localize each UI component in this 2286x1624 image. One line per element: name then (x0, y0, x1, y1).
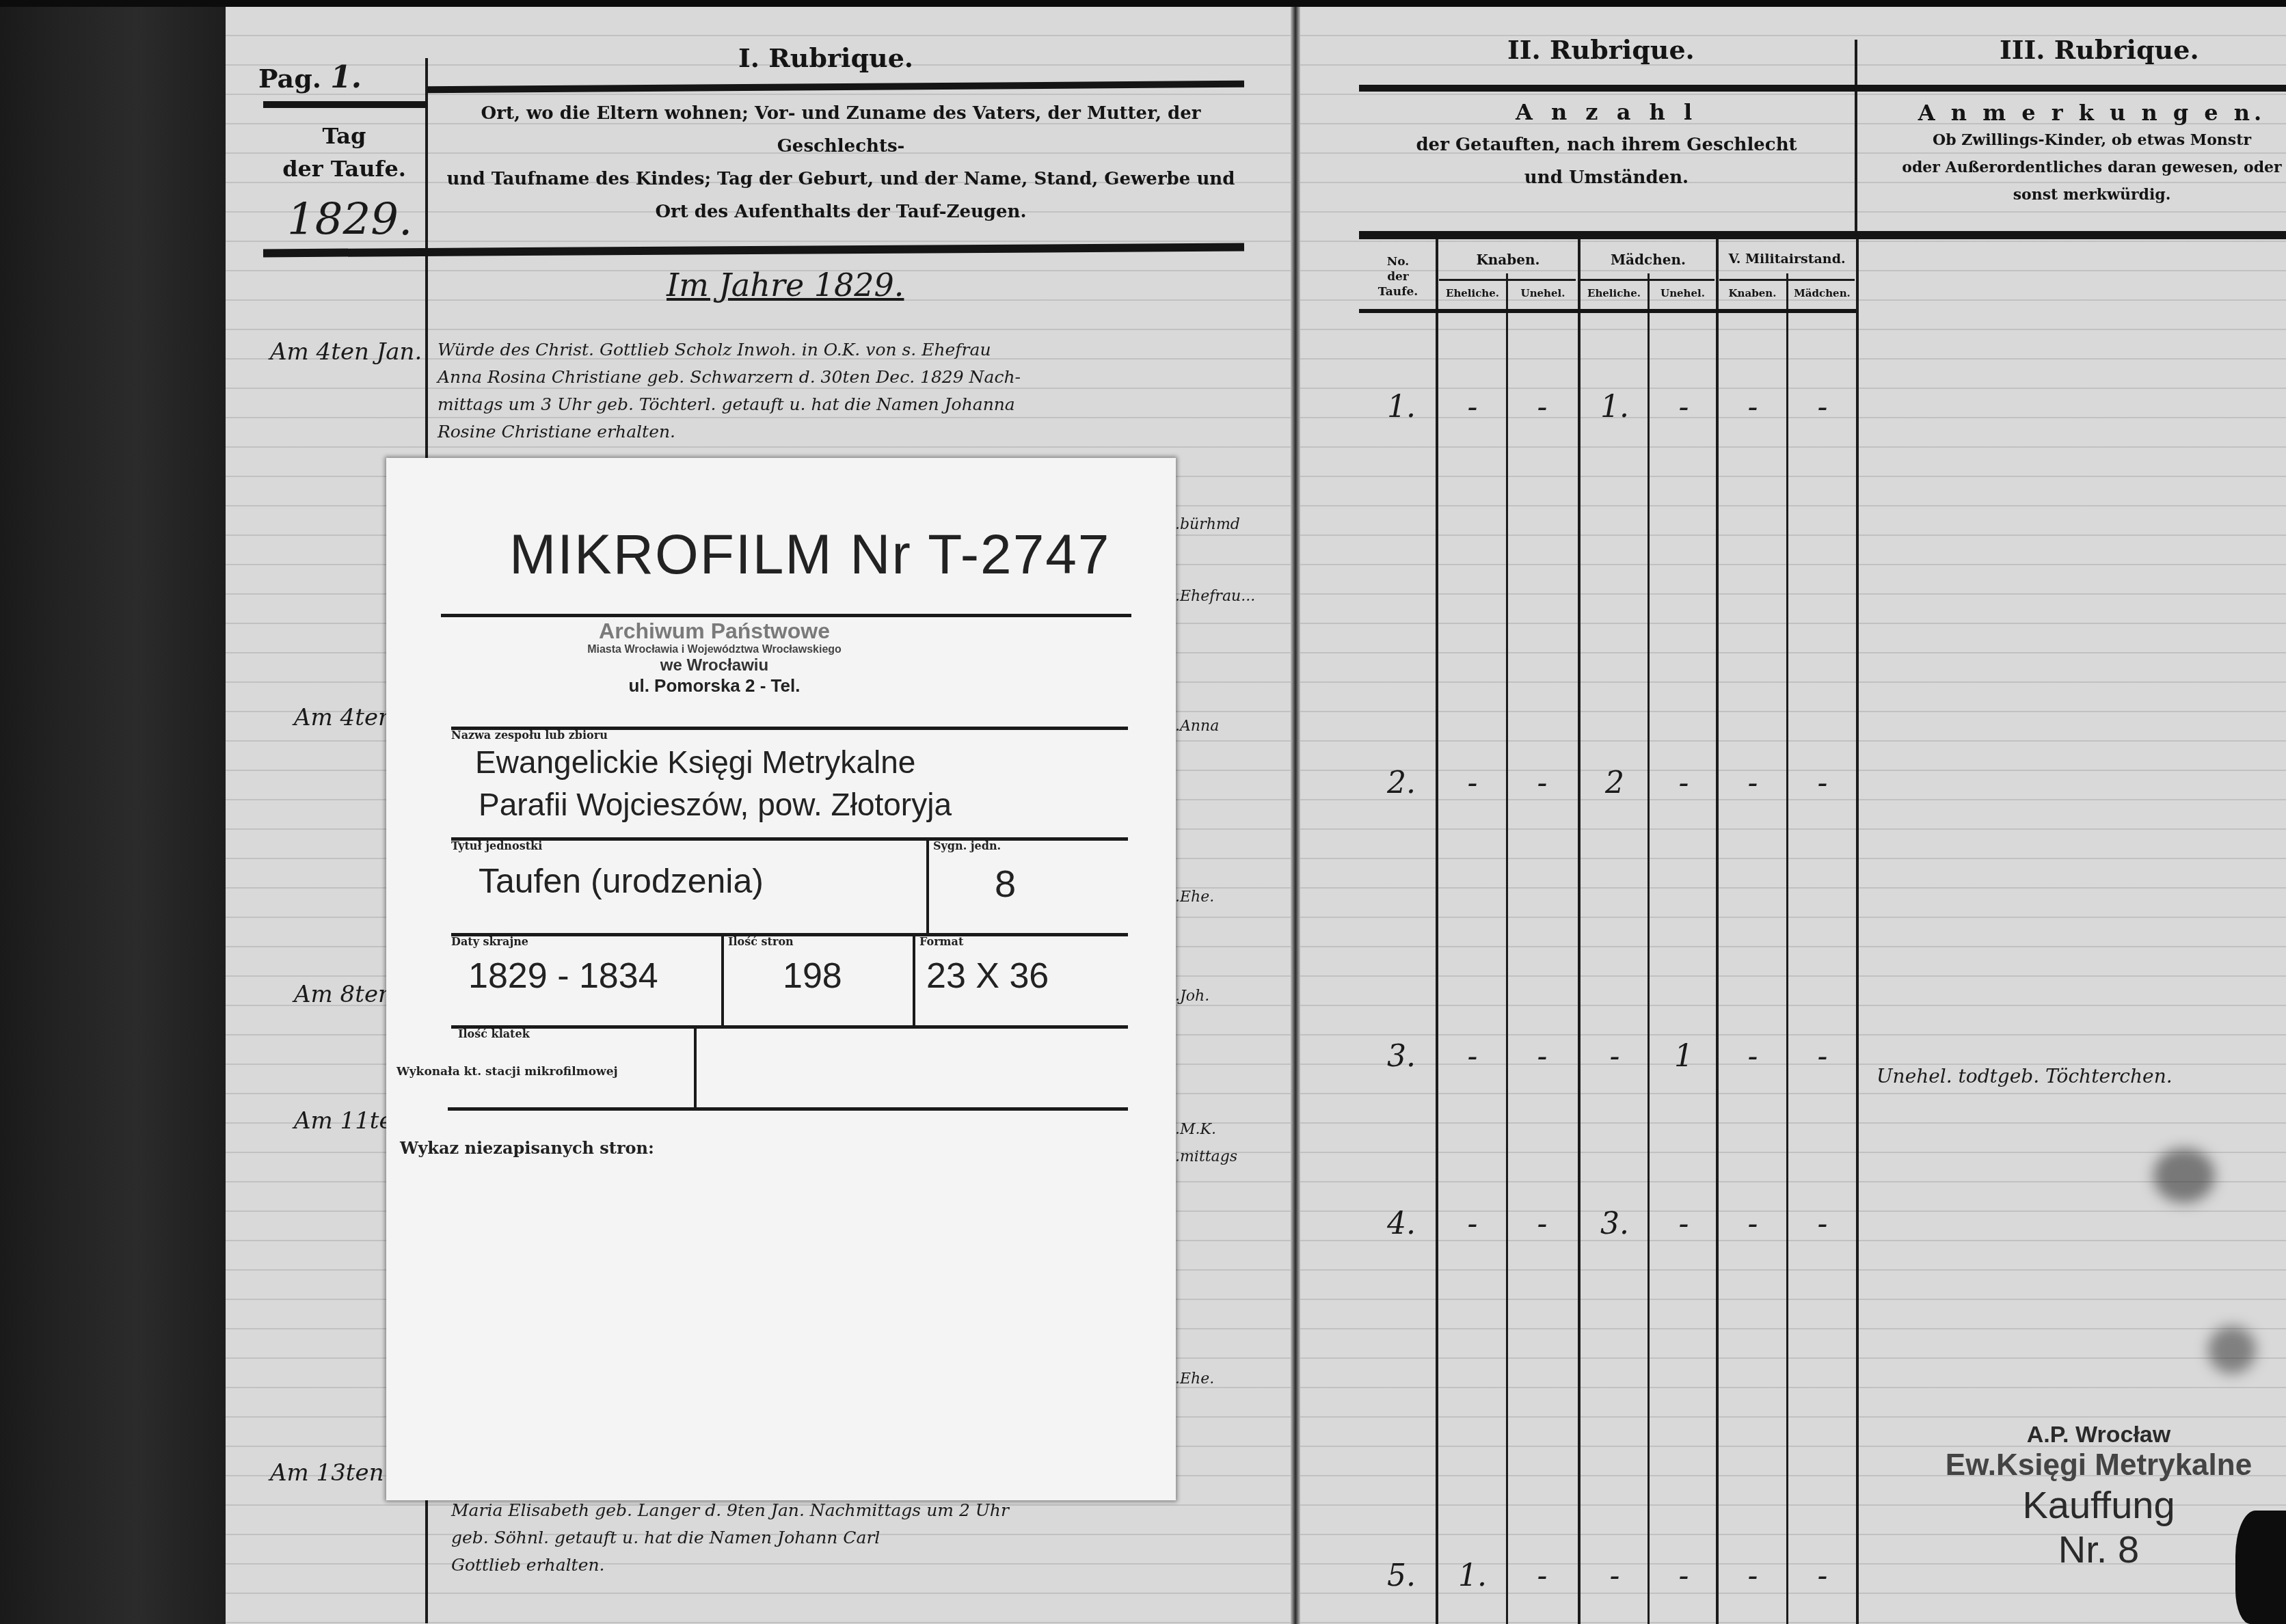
card-divider (913, 933, 915, 1025)
row-cell: - (1650, 1558, 1718, 1593)
ink-smudge (2208, 1326, 2256, 1374)
col-no-line: Taufe. (1360, 284, 1436, 299)
remark: Unehel. todtgeb. Töchterchen. (1877, 1065, 2173, 1087)
row-cell: - (1508, 1039, 1576, 1074)
rubrique-3-title: III. Rubrique. (2000, 34, 2199, 65)
stamp-line: Archiwum Państwowe (523, 619, 906, 644)
row-cell: - (1788, 1558, 1857, 1593)
col-header-no: No. der Taufe. (1360, 254, 1436, 299)
sub-header: Eheliche. (1581, 287, 1648, 299)
tag-der-taufe-header: Tag der Taufe. (263, 120, 425, 185)
anzahl-title: A n z a h l (1360, 96, 1853, 128)
stamp-handwritten: Nr. 8 (1907, 1527, 2286, 1571)
sub-header: Eheliche. (1438, 287, 1507, 299)
anmerkungen-title: A n m e r k u n g e n. (1859, 99, 2286, 126)
row-no: 4. (1367, 1206, 1436, 1241)
header-rule (263, 101, 427, 108)
row-cell: - (1581, 1558, 1649, 1593)
entry-line: geb. Söhnl. getauft u. hat die Namen Joh… (451, 1524, 1258, 1552)
anzahl-header: A n z a h l der Getauften, nach ihrem Ge… (1360, 96, 1853, 194)
row-cell: - (1788, 766, 1857, 800)
row-cell: - (1719, 766, 1787, 800)
entry-fragment: ...mittags (1166, 1148, 1237, 1165)
row-cell: - (1508, 766, 1576, 800)
entry-line: Würde des Christ. Gottlieb Scholz Inwoh.… (438, 336, 1244, 364)
row-cell: - (1581, 1039, 1649, 1074)
row-cell: - (1438, 766, 1507, 800)
row-cell: - (1650, 1206, 1718, 1241)
pages-value: 198 (783, 956, 842, 997)
row-cell: - (1788, 390, 1857, 424)
table-col-line (1856, 239, 1859, 1624)
card-rule (448, 1107, 1128, 1111)
row-no: 1. (1367, 390, 1436, 424)
entry-fragment: ...Ehefrau... (1166, 588, 1255, 605)
missing-pages-label: Wykaz niezapisanych stron: (400, 1138, 654, 1158)
table-col-line (1648, 273, 1650, 1624)
signature-value: 8 (995, 861, 1016, 906)
entry-line: mittags um 3 Uhr geb. Töchterl. getauft … (438, 391, 1244, 418)
rubrique-divider (1855, 40, 1857, 232)
page-label: Pag. 1. (258, 60, 362, 95)
row-cell: 2 (1581, 766, 1649, 800)
col-no-line: No. (1360, 254, 1436, 269)
table-col-line (1578, 239, 1581, 1624)
entry-line: Gottlieb erhalten. (451, 1552, 1258, 1579)
tag-header-line2: der Taufe. (263, 152, 425, 185)
unit-title-label: Tytuł jednostki (451, 839, 542, 852)
frames-label: Ilość klatek (458, 1027, 530, 1040)
row-cell: - (1719, 1039, 1787, 1074)
row-cell: - (1508, 1558, 1576, 1593)
microfilm-title: MIKROFILM Nr T-2747 (509, 523, 1110, 587)
row-no: 2. (1367, 766, 1436, 800)
stamp-line: A.P. Wrocław (1907, 1422, 2286, 1448)
dates-label: Daty skrajne (451, 935, 528, 948)
anmerkungen-desc-line: Ob Zwillings-Kinder, ob etwas Monstr (1859, 126, 2286, 154)
group-header-militair: V. Militairstand. (1719, 252, 1855, 267)
group-header-knaben: Knaben. (1438, 252, 1578, 268)
header-rule (1359, 85, 2286, 92)
row-cell: - (1438, 1206, 1507, 1241)
baptism-entry-1: Würde des Christ. Gottlieb Scholz Inwoh.… (438, 336, 1244, 446)
card-divider (694, 1025, 697, 1107)
entry-line: Rosine Christiane erhalten. (438, 418, 1244, 446)
archive-reference-stamp: A.P. Wrocław Ew.Księgi Metrykalne Kauffu… (1907, 1422, 2286, 1571)
row-cell: - (1438, 390, 1507, 424)
col-no-line: der (1360, 269, 1436, 284)
microfilm-target-card: MIKROFILM Nr T-2747 Archiwum Państwowe M… (386, 458, 1176, 1500)
unit-title-value: Taufen (urodzenia) (479, 861, 764, 901)
row-cell: - (1719, 1206, 1787, 1241)
table-col-line (1716, 239, 1719, 1624)
rubrique-2-title: II. Rubrique. (1507, 34, 1695, 65)
film-margin (0, 0, 226, 1624)
sub-header: Mädchen. (1788, 287, 1856, 299)
rubrique-1-title: I. Rubrique. (738, 42, 913, 73)
header-bottom-rule (1359, 231, 2286, 239)
collection-value: Ewangelickie Księgi Metrykalne (475, 744, 915, 781)
row-cell: 1. (1581, 390, 1649, 424)
group-underline (1581, 279, 1714, 281)
collection-value: Parafii Wojcieszów, pow. Złotoryja (479, 786, 952, 823)
dates-value: 1829 - 1834 (468, 956, 658, 997)
row-cell: - (1719, 390, 1787, 424)
rubrique-1-description: Ort, wo die Eltern wohnen; Vor- und Zuna… (438, 97, 1244, 228)
entry-line: Anna Rosina Christiane geb. Schwarzern d… (438, 364, 1244, 391)
format-value: 23 X 36 (926, 956, 1049, 997)
table-header-rule (1359, 309, 1856, 313)
sub-header: Unehel. (1508, 287, 1578, 299)
card-rule (441, 614, 1131, 617)
stamp-line: ul. Pomorska 2 - Tel. (523, 675, 906, 696)
row-no: 3. (1367, 1039, 1436, 1074)
table-col-line (1506, 273, 1508, 1624)
ink-smudge (2153, 1148, 2215, 1203)
pages-label: Ilość stron (728, 935, 794, 948)
table-col-line (1436, 239, 1438, 1624)
pag-label: Pag. (258, 63, 321, 94)
row-cell: - (1508, 390, 1576, 424)
signature-label: Sygn. jedn. (933, 839, 1001, 852)
row-cell: 3. (1581, 1206, 1649, 1241)
anzahl-desc-line: der Getauften, nach ihrem Geschlecht (1360, 128, 1853, 161)
table-col-line (1786, 273, 1788, 1624)
baptism-entry-5: Maria Elisabeth geb. Langer d. 9ten Jan.… (451, 1497, 1258, 1579)
desc-line: Ort, wo die Eltern wohnen; Vor- und Zuna… (438, 97, 1244, 163)
row-no: 5. (1367, 1558, 1436, 1593)
anmerkungen-desc-line: oder Außerordentliches daran gewesen, od… (1859, 154, 2286, 181)
baptism-date: Am 4ten Jan. (270, 338, 422, 366)
stamp-line: Miasta Wrocławia i Województwa Wrocławsk… (523, 644, 906, 656)
card-rule (451, 837, 1128, 841)
row-cell: 1 (1650, 1039, 1718, 1074)
row-cell: - (1788, 1206, 1857, 1241)
format-label: Format (919, 935, 963, 948)
tag-header-line1: Tag (263, 120, 425, 152)
row-cell: - (1719, 1558, 1787, 1593)
anmerkungen-desc-line: sonst merkwürdig. (1859, 181, 2286, 208)
stamp-line: we Wrocławiu (523, 656, 906, 675)
row-cell: - (1788, 1039, 1857, 1074)
row-cell: - (1438, 1039, 1507, 1074)
desc-line: und Taufname des Kindes; Tag der Geburt,… (438, 163, 1244, 195)
year-heading: Im Jahre 1829. (667, 267, 904, 303)
row-cell: 1. (1438, 1558, 1507, 1593)
group-underline (1719, 279, 1855, 281)
row-cell: - (1650, 766, 1718, 800)
sub-header: Knaben. (1719, 287, 1786, 299)
stamp-line: Ew.Księgi Metrykalne (1907, 1448, 2286, 1483)
row-cell: - (1508, 1206, 1576, 1241)
pag-number: 1. (330, 60, 362, 95)
desc-line: Ort des Aufenthalts der Tauf-Zeugen. (438, 195, 1244, 228)
book-gutter (1291, 7, 1300, 1624)
station-label: Wykonała kt. stacji mikrofilmowej (396, 1065, 618, 1079)
archive-stamp: Archiwum Państwowe Miasta Wrocławia i Wo… (523, 619, 906, 696)
card-divider (926, 837, 929, 933)
entry-line: Maria Elisabeth geb. Langer d. 9ten Jan.… (451, 1497, 1258, 1524)
anzahl-desc-line: und Umständen. (1360, 161, 1853, 194)
entry-fragment: ...bürhmd (1166, 516, 1240, 533)
group-underline (1439, 279, 1576, 281)
card-rule (451, 1025, 1128, 1029)
header-year: 1829. (287, 195, 412, 245)
card-divider (721, 933, 724, 1025)
group-header-maedchen: Mädchen. (1581, 252, 1716, 268)
collection-label: Nazwa zespołu lub zbioru (451, 729, 608, 742)
sub-header: Unehel. (1650, 287, 1716, 299)
stamp-handwritten: Kauffung (1907, 1483, 2286, 1527)
row-cell: - (1650, 390, 1718, 424)
film-top-edge (0, 0, 2286, 7)
anmerkungen-header: A n m e r k u n g e n. Ob Zwillings-Kind… (1859, 99, 2286, 208)
